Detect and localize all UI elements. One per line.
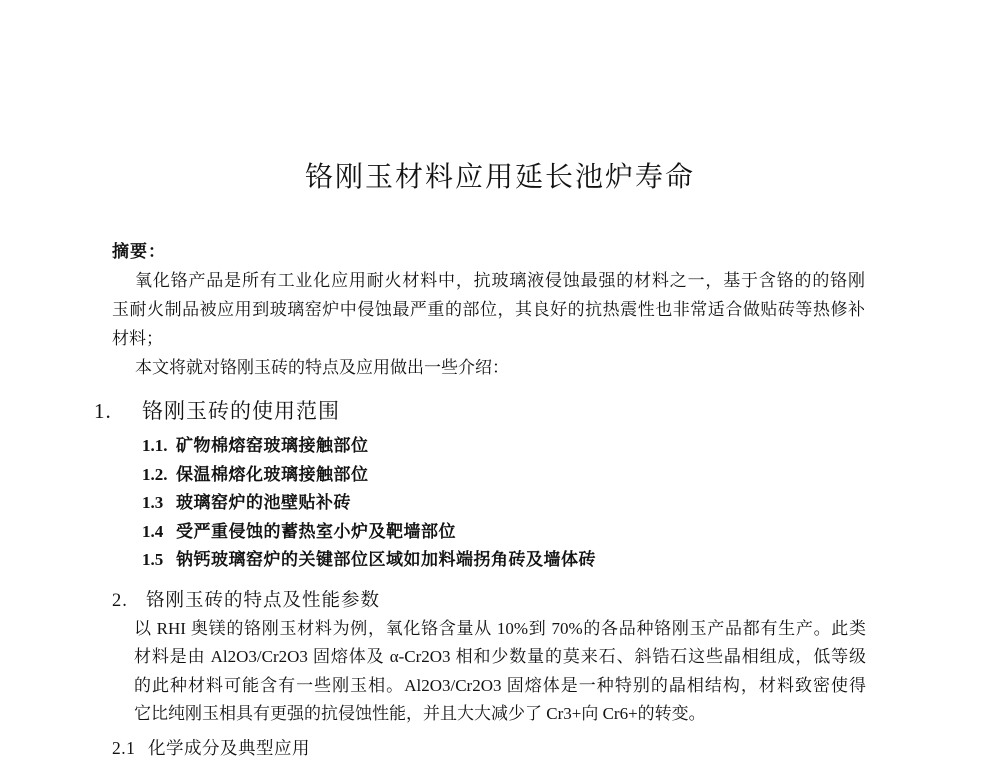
document-page: 铬刚玉材料应用延长池炉寿命 摘要： 氧化铬产品是所有工业化应用耐火材料中，抗玻璃… [0,0,1000,760]
item-number: 1.5 [142,546,176,575]
item-text: 玻璃窑炉的池壁贴补砖 [176,489,351,518]
item-number: 1.1. [142,432,176,461]
item-text: 保温棉熔化玻璃接触部位 [176,461,369,490]
abstract-paragraph: 氧化铬产品是所有工业化应用耐火材料中，抗玻璃液侵蚀最强的材料之一，基于含铬的的铬… [112,266,865,382]
section-2-heading: 2. 铬刚玉砖的特点及性能参数 [112,587,888,615]
paragraph-line: 的此种材料可能含有一些刚玉相。Al2O3/Cr2O3 固熔体是一种特别的晶相结构… [134,672,866,701]
section-1: 1. 铬刚玉砖的使用范围 1.1. 矿物棉熔窑玻璃接触部位 1.2. 保温棉熔化… [112,396,888,575]
paragraph-line: 它比纯刚玉相具有更强的抗侵蚀性能，并且大大减少了 Cr3+向 Cr6+的转变。 [134,700,866,729]
paragraph-line: 以 RHI 奥镁的铬刚玉材料为例，氧化铬含量从 10%到 70%的各品种铬刚玉产… [134,615,866,644]
list-item: 1.2. 保温棉熔化玻璃接触部位 [142,461,888,490]
section-2-number: 2. [112,587,146,615]
document-title: 铬刚玉材料应用延长池炉寿命 [112,158,888,198]
section-2: 2. 铬刚玉砖的特点及性能参数 以 RHI 奥镁的铬刚玉材料为例，氧化铬含量从 … [112,587,888,729]
item-number: 1.4 [142,518,176,547]
section-1-title: 铬刚玉砖的使用范围 [142,396,340,426]
paragraph-line: 材料是由 Al2O3/Cr2O3 固熔体及 α-Cr2O3 相和少数量的莫来石、… [134,643,866,672]
item-text: 矿物棉熔窑玻璃接触部位 [176,432,369,461]
usage-list: 1.1. 矿物棉熔窑玻璃接触部位 1.2. 保温棉熔化玻璃接触部位 1.3 玻璃… [142,432,888,575]
abstract-line: 玉耐火制品被应用到玻璃窑炉中侵蚀最严重的部位，其良好的抗热震性也非常适合做贴砖等… [112,295,865,324]
abstract-line: 氧化铬产品是所有工业化应用耐火材料中，抗玻璃液侵蚀最强的材料之一，基于含铬的的铬… [112,266,865,295]
item-text: 钠钙玻璃窑炉的关键部位区域如加料端拐角砖及墙体砖 [176,546,596,575]
list-item: 1.3 玻璃窑炉的池壁贴补砖 [142,489,888,518]
list-item: 1.5 钠钙玻璃窑炉的关键部位区域如加料端拐角砖及墙体砖 [142,546,888,575]
section-1-number: 1. [94,396,142,426]
list-item: 1.4 受严重侵蚀的蓄热室小炉及靶墙部位 [142,518,888,547]
section-1-heading: 1. 铬刚玉砖的使用范围 [94,396,888,426]
subsection-number: 2.1 [112,735,148,760]
document-content: 铬刚玉材料应用延长池炉寿命 摘要： 氧化铬产品是所有工业化应用耐火材料中，抗玻璃… [0,0,1000,760]
list-item: 1.1. 矿物棉熔窑玻璃接触部位 [142,432,888,461]
subsection-2-1-heading: 2.1 化学成分及典型应用 [112,735,888,760]
item-number: 1.2. [142,461,176,490]
abstract-line: 材料； [112,324,865,353]
abstract-intro-line: 本文将就对铬刚玉砖的特点及应用做出一些介绍： [112,353,865,382]
subsection-title: 化学成分及典型应用 [148,735,310,760]
item-text: 受严重侵蚀的蓄热室小炉及靶墙部位 [176,518,456,547]
abstract-section: 摘要： 氧化铬产品是所有工业化应用耐火材料中，抗玻璃液侵蚀最强的材料之一，基于含… [112,237,888,382]
section-2-paragraph: 以 RHI 奥镁的铬刚玉材料为例，氧化铬含量从 10%到 70%的各品种铬刚玉产… [134,615,866,729]
item-number: 1.3 [142,489,176,518]
section-2-title: 铬刚玉砖的特点及性能参数 [146,587,380,615]
abstract-label: 摘要： [112,237,888,266]
